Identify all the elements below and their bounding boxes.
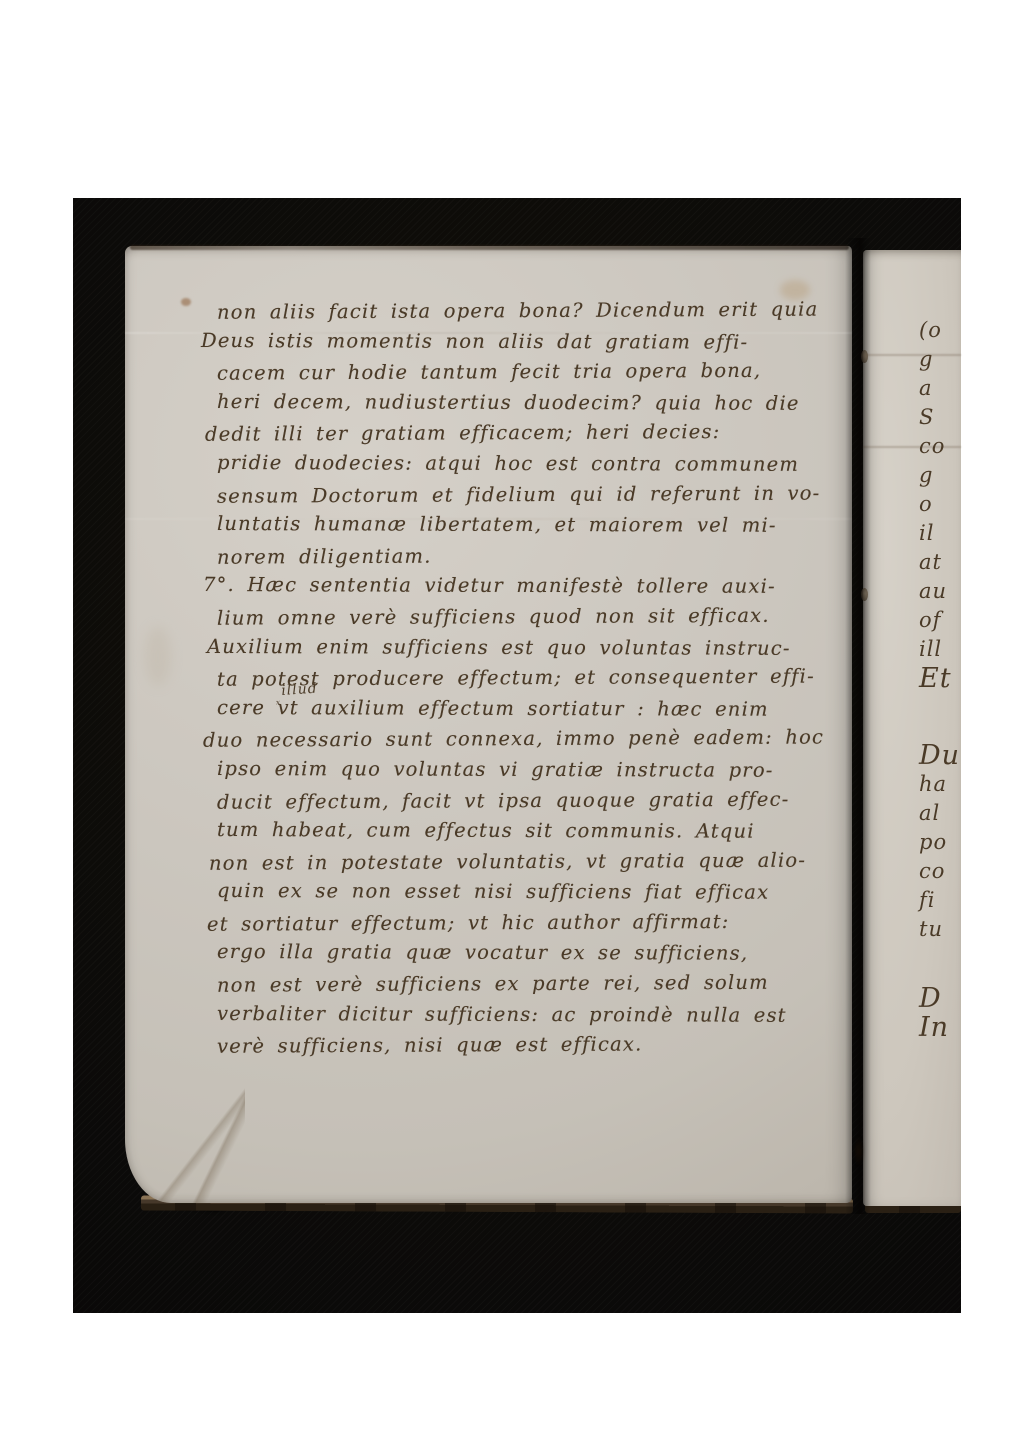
facing-page-text-fragment: g	[919, 345, 960, 374]
manuscript-line: non est in potestate voluntatis, vt grat…	[209, 845, 865, 879]
manuscript-line: verè sufficiens, nisi quæ est efficax.	[217, 1029, 865, 1063]
manuscript-line: duo necessario sunt connexa, immo penè e…	[203, 723, 865, 757]
facing-page-text-fragment: g	[919, 461, 960, 490]
facing-page-text-fragment: Et	[919, 664, 960, 693]
manuscript-line: Auxilium enim sufficiens est quo volunta…	[207, 631, 865, 664]
facing-page-sliver: (ogaScogoilatauofillEtDuhaalpocofituDIn	[863, 250, 961, 1206]
facing-page-text-fragment: po	[919, 828, 960, 857]
facing-page-text-fragment: tu	[919, 915, 960, 944]
facing-page-text-fragment: fi	[919, 886, 960, 915]
facing-page-text-fragment: Du	[919, 741, 960, 770]
facing-page-text-fragment: il	[919, 519, 960, 548]
manuscript-line: lium omne verè sufficiens quod non sit e…	[217, 600, 865, 634]
facing-page-text-fragment: ha	[919, 770, 960, 799]
manuscript-line: ducit effectum, facit vt ipsa quoque gra…	[217, 784, 865, 818]
manuscript-line: cacem cur hodie tantum fecit tria opera …	[217, 355, 865, 389]
facing-page-text-fragment: (o	[919, 316, 960, 345]
manuscript-page: non aliis facit ista opera bona? Dicendu…	[125, 246, 852, 1203]
manuscript-line: non aliis facit ista opera bona? Dicendu…	[217, 294, 865, 328]
manuscript-line: ergo illa gratia quæ vocatur ex se suffi…	[217, 937, 865, 970]
paper-stain	[181, 298, 191, 306]
manuscript-line: Deus istis momentis non aliis dat gratia…	[201, 326, 865, 359]
manuscript-line: norem diligentiam.	[217, 539, 865, 573]
facing-page-text-fragment: S	[919, 403, 960, 432]
facing-page-text-fragment: ill	[919, 635, 960, 664]
interlinear-insertion: ₓillud	[274, 681, 318, 700]
facing-page-text: (ogaScogoilatauofillEtDuhaalpocofituDIn	[919, 316, 960, 1042]
manuscript-line: non est verè sufficiens ex parte rei, se…	[217, 967, 865, 1001]
ink-burn-spot	[853, 1136, 864, 1166]
facing-page-text-fragment: al	[919, 799, 960, 828]
photo-backdrop-cloth: non aliis facit ista opera bona? Dicendu…	[73, 198, 961, 1313]
facing-page-text-fragment: of	[919, 606, 960, 635]
facing-page-text-fragment: In	[919, 1013, 960, 1042]
manuscript-text-block: non aliis facit ista opera bona? Dicendu…	[217, 296, 865, 1061]
facing-page-text-fragment: a	[919, 374, 960, 403]
facing-page-text-fragment: D	[919, 984, 960, 1013]
paper-stain	[145, 626, 171, 686]
screenshot-canvas: non aliis facit ista opera bona? Dicendu…	[0, 0, 1024, 1448]
manuscript-line: luntatis humanæ libertatem, et maiorem v…	[217, 509, 865, 542]
manuscript-line: tum habeat, cum effectus sit communis. A…	[217, 815, 865, 848]
facing-page-text-fragment: at	[919, 548, 960, 577]
manuscript-line: quin ex se non esset nisi sufficiens fia…	[217, 876, 865, 909]
insertion-word: illud	[281, 681, 318, 700]
page-corner-fold	[125, 1088, 245, 1203]
manuscript-line: pridie duodecies: atqui hoc est contra c…	[217, 448, 865, 481]
manuscript-line: sensum Doctorum et fidelium qui id refer…	[217, 478, 865, 512]
facing-page-text-fragment: o	[919, 490, 960, 519]
book-gutter-shadow	[845, 238, 871, 1214]
manuscript-line: dedit illi ter gratiam efficacem; heri d…	[205, 417, 865, 451]
facing-page-text-fragment: co	[919, 857, 960, 886]
manuscript-line: heri decem, nudiustertius duodecim? quia…	[217, 387, 865, 420]
manuscript-line: cere vt auxilium effectum sortiatur : hæ…	[217, 693, 865, 726]
manuscript-line: ipso enim quo voluntas vi gratiæ instruc…	[217, 754, 865, 787]
manuscript-line: verbaliter dicitur sufficiens: ac proind…	[217, 999, 865, 1032]
manuscript-line: 7°. Hæc sententia videtur manifestè toll…	[203, 570, 865, 603]
facing-page-text-fragment: co	[919, 432, 960, 461]
facing-page-text-fragment: au	[919, 577, 960, 606]
manuscript-line: et sortiatur effectum; vt hic author aff…	[207, 906, 865, 940]
